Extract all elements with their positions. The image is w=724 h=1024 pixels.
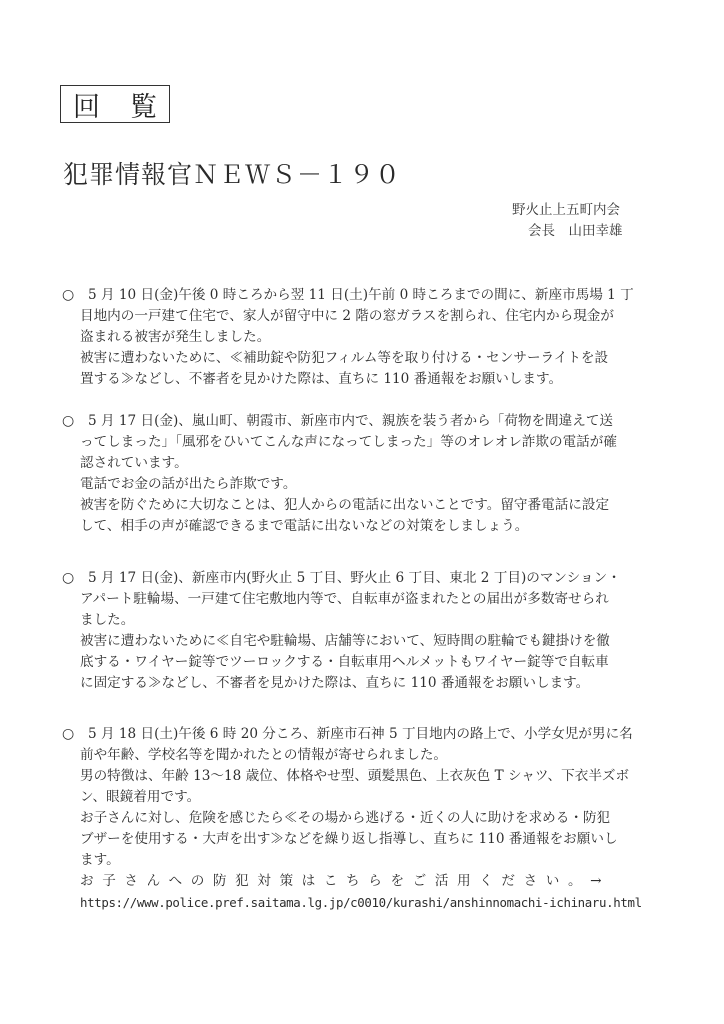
- page-title: 犯罪情報官ＮＥＷＳ－１９０: [63, 155, 401, 191]
- organization-block: 野火止上五町内会 会長 山田幸雄: [512, 200, 623, 242]
- section-line: に固定する≫などし、不審者を見かけた際は、直ちに 110 番通報をお願いします。: [62, 673, 672, 694]
- section-line: 被害に遭わないために≪自宅や駐輪場、店舗等において、短時間の駐輪でも鍵掛けを徹: [62, 631, 672, 652]
- section-line: ン、眼鏡着用です。: [62, 787, 672, 808]
- police-resource-link[interactable]: https://www.police.pref.saitama.lg.jp/c0…: [62, 892, 672, 913]
- section-line: 底する・ワイヤー錠等でツーロックする・自転車用ヘルメットもワイヤー錠等で自転車: [62, 652, 672, 673]
- section-line: お子さんに対し、危険を感じたら≪その場から逃げる・近くの人に助けを求める・防犯: [62, 808, 672, 829]
- organization-name: 野火止上五町内会: [512, 200, 623, 221]
- circle-bullet-icon: ○: [62, 568, 80, 589]
- circular-label-char-1: 回: [73, 85, 100, 124]
- section-line: 5 月 17 日(金)、新座市内(野火止 5 丁目、野火止 6 丁目、東北 2 …: [80, 568, 621, 589]
- section-line: ます。: [62, 850, 672, 871]
- section-line: ました。: [62, 610, 672, 631]
- section-line: 男の特徴は、年齢 13～18 歳位、体格やせ型、頭髪黒色、上衣灰色 T シャツ、…: [62, 766, 672, 787]
- notice-section-bicycle-theft: ○ 5 月 17 日(金)、新座市内(野火止 5 丁目、野火止 6 丁目、東北 …: [62, 568, 672, 694]
- section-line: 盗まれる被害が発生しました。: [62, 327, 672, 348]
- notice-section-child-safety: ○ 5 月 18 日(土)午後 6 時 20 分ころ、新座市石神 5 丁目地内の…: [62, 724, 672, 913]
- section-line: 置する≫などし、不審者を見かけた際は、直ちに 110 番通報をお願いします。: [62, 369, 672, 390]
- section-line: して、相手の声が確認できるまで電話に出ないなどの対策をしましょう。: [62, 516, 672, 537]
- section-line: アパート駐輪場、一戸建て住宅敷地内等で、自転車が盗まれたとの届出が多数寄せられ: [62, 589, 672, 610]
- circle-bullet-icon: ○: [62, 411, 80, 432]
- circle-bullet-icon: ○: [62, 724, 80, 745]
- section-line: 被害に遭わないために、≪補助錠や防犯フィルム等を取り付ける・センサーライトを設: [62, 348, 672, 369]
- section-line: 5 月 17 日(金)、嵐山町、朝霞市、新座市内で、親族を装う者から「荷物を間違…: [80, 411, 613, 432]
- notice-section-phone-fraud: ○ 5 月 17 日(金)、嵐山町、朝霞市、新座市内で、親族を装う者から「荷物を…: [62, 411, 672, 537]
- section-line: ブザーを使用する・大声を出す≫などを繰り返し指導し、直ちに 110 番通報をお願…: [62, 829, 672, 850]
- section-line: 5 月 10 日(金)午後 0 時ころから翌 11 日(土)午前 0 時ころまで…: [80, 285, 634, 306]
- section-line: 認されています。: [62, 453, 672, 474]
- section-line: 目地内の一戸建て住宅で、家人が留守中に 2 階の窓ガラスを割られ、住宅内から現金…: [62, 306, 672, 327]
- notice-section-burglary: ○ 5 月 10 日(金)午後 0 時ころから翌 11 日(土)午前 0 時ころ…: [62, 285, 672, 390]
- circular-label-char-2: 覧: [130, 85, 157, 124]
- child-safety-resources-line: お子さんへの防犯対策はこちらをご活用ください。→: [62, 871, 672, 892]
- section-line: 被害を防ぐために大切なことは、犯人からの電話に出ないことです。留守番電話に設定: [62, 495, 672, 516]
- section-line: 5 月 18 日(土)午後 6 時 20 分ころ、新座市石神 5 丁目地内の路上…: [80, 724, 633, 745]
- circular-notice-page: 回 覧 犯罪情報官ＮＥＷＳ－１９０ 野火止上五町内会 会長 山田幸雄 ○ 5 月…: [0, 0, 724, 1024]
- circular-label-box: 回 覧: [60, 85, 170, 123]
- section-line: 前や年齢、学校名等を聞かれたとの情報が寄せられました。: [62, 745, 672, 766]
- chairman-name: 会長 山田幸雄: [512, 221, 623, 242]
- circle-bullet-icon: ○: [62, 285, 80, 306]
- section-line: ってしまった」「風邪をひいてこんな声になってしまった」等のオレオレ詐欺の電話が確: [62, 432, 672, 453]
- section-line: 電話でお金の話が出たら詐欺です。: [62, 474, 672, 495]
